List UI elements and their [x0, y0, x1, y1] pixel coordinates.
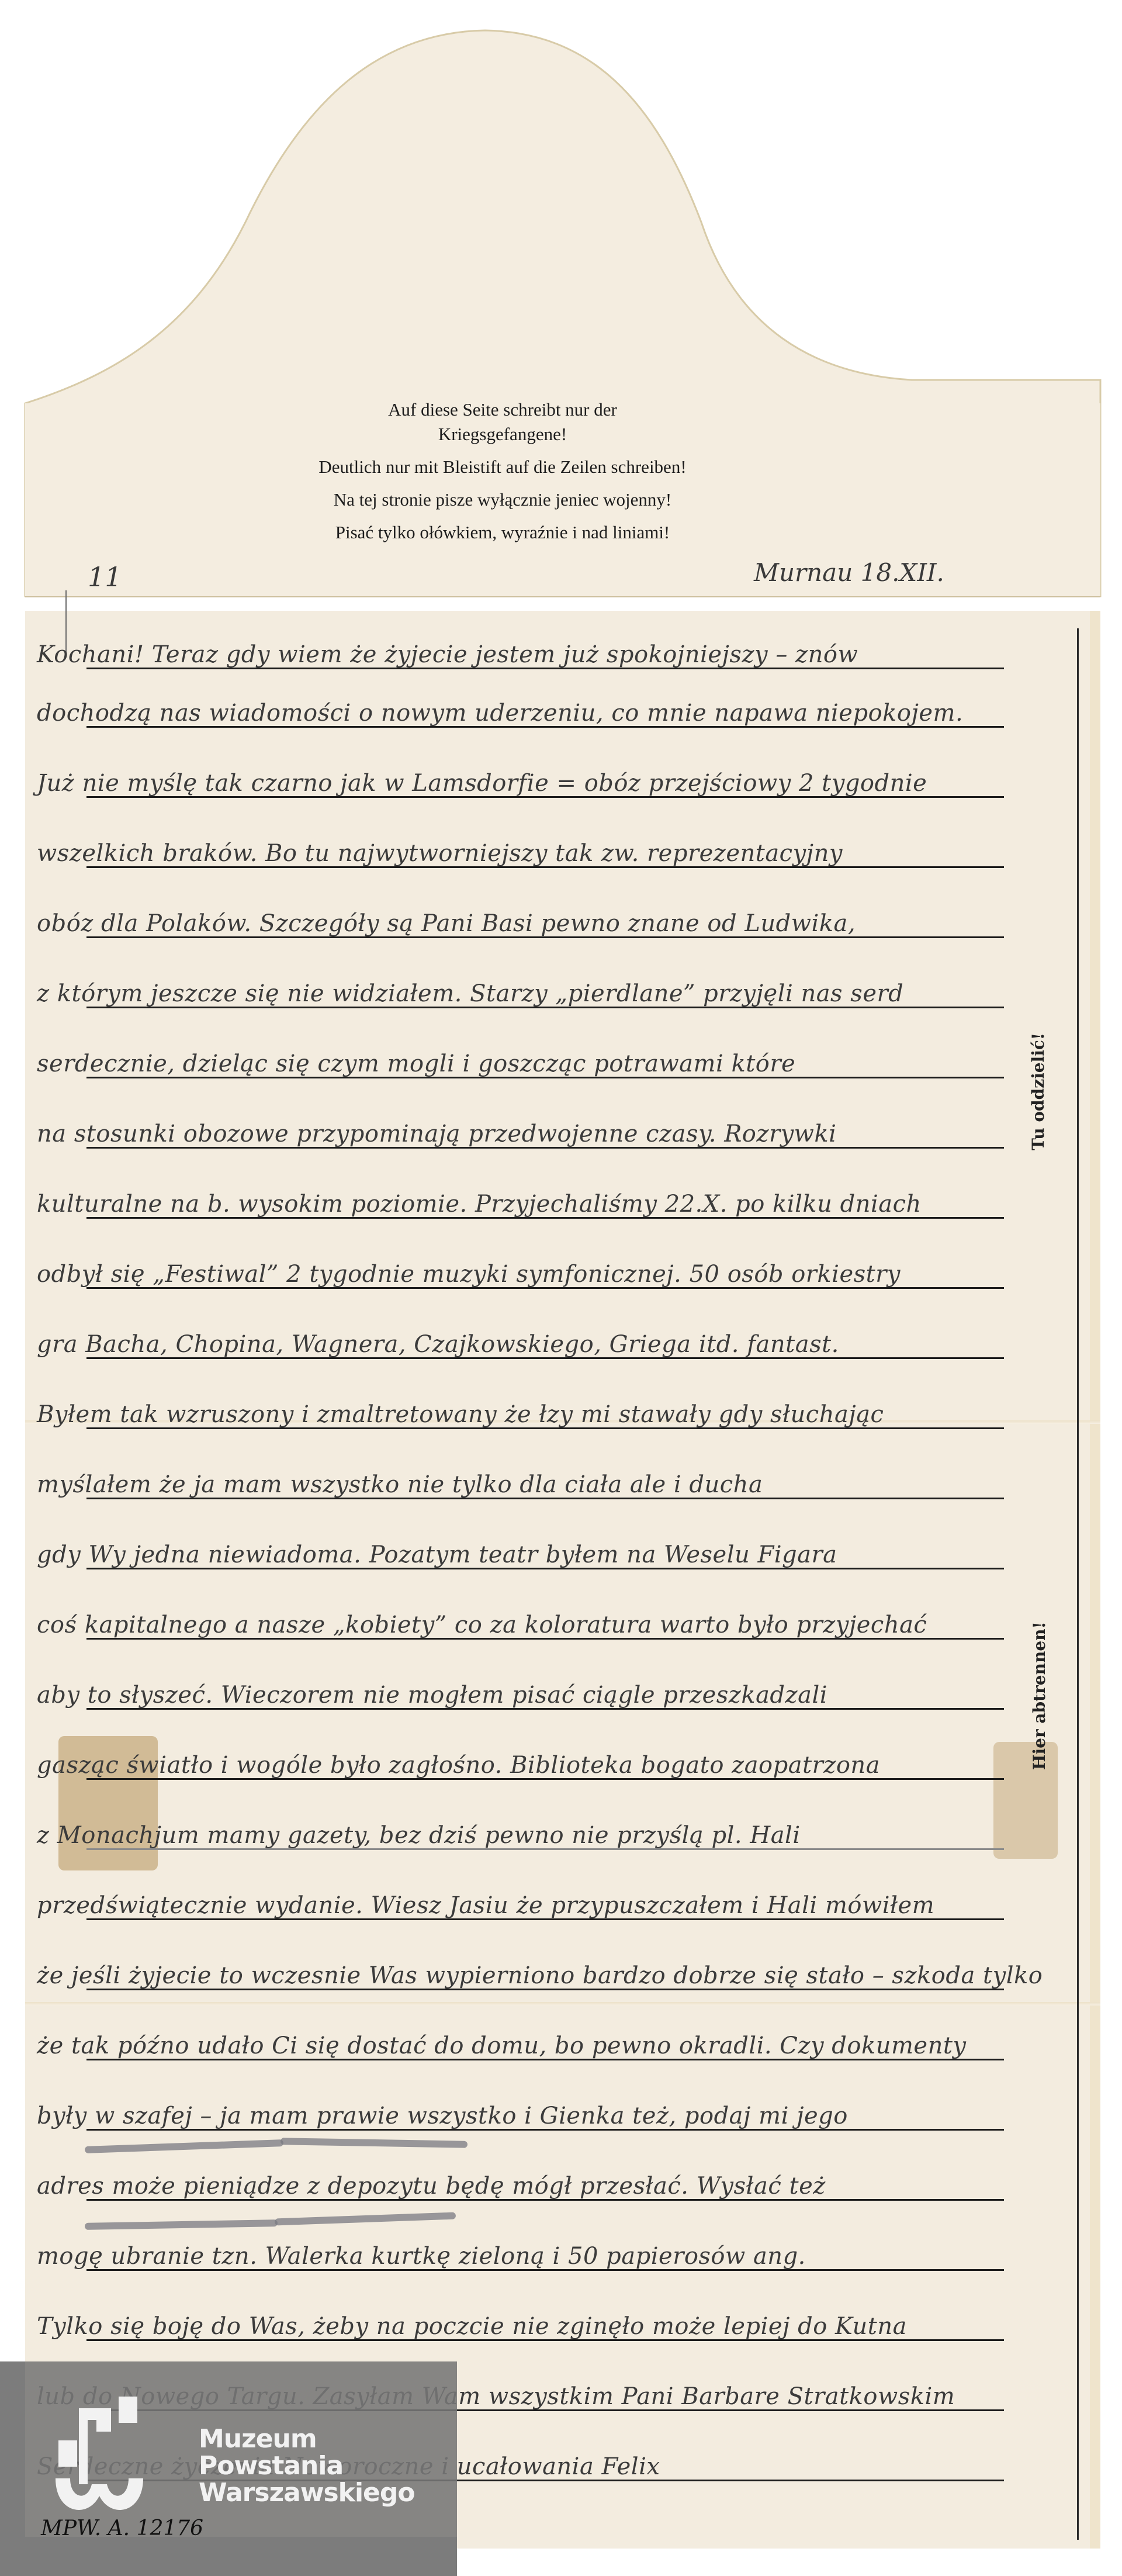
museum-logo-overlay: Muzeum Powstania Warszawskiego: [0, 2361, 457, 2576]
letter-line: aby to słyszeć. Wieczorem nie mogłem pis…: [37, 1651, 1083, 1721]
letter-line: były w szafej – ja mam prawie wszystko i…: [37, 2072, 1083, 2142]
tear-here-label-polish: Tu oddzielić!: [1028, 1033, 1048, 1150]
letter-line: obóz dla Polaków. Szczegóły są Pani Basi…: [37, 880, 1083, 950]
instruction-polish-1: Na tej stronie pisze wyłącznie jeniec wo…: [193, 487, 812, 512]
letter-line: Tylko się boję do Was, żeby na poczcie n…: [37, 2283, 1083, 2353]
letter-line: z Monachjum mamy gazety, bez dziś pewno …: [37, 1792, 1083, 1862]
letter-line: gra Bacha, Chopina, Wagnera, Czajkowskie…: [37, 1301, 1083, 1371]
letter-line: gasząc światło i wogóle było zagłośno. B…: [37, 1721, 1083, 1792]
kotwica-anchor-icon: [56, 2397, 149, 2519]
instruction-german-3: Deutlich nur mit Bleistift auf die Zeile…: [193, 455, 812, 479]
letter-line: dochodzą nas wiadomości o nowym uderzeni…: [37, 669, 1083, 739]
letter-line: Byłem tak wzruszony i zmaltretowany że ł…: [37, 1371, 1083, 1441]
printed-instructions: Auf diese Seite schreibt nur der Kriegsg…: [193, 397, 812, 545]
instruction-polish-2: Pisać tylko ołówkiem, wyraźnie i nad lin…: [193, 520, 812, 545]
page-number: 11: [88, 561, 122, 593]
letter-line: odbył się „Festiwal” 2 tygodnie muzyki s…: [37, 1230, 1083, 1301]
place-date: Murnau 18.XII.: [754, 558, 944, 587]
inventory-number: MPW. A. 12176: [41, 2516, 203, 2540]
instruction-german-2: Kriegsgefangene!: [193, 422, 812, 447]
instruction-german-1: Auf diese Seite schreibt nur der: [193, 397, 812, 422]
letter-line: Już nie myślę tak czarno jak w Lamsdorfi…: [37, 739, 1083, 810]
letter-line: myślałem że ja mam wszystko nie tylko dl…: [37, 1441, 1083, 1511]
letter-line: serdecznie, dzieląc się czym mogli i gos…: [37, 1020, 1083, 1090]
letter-line: coś kapitalnego a nasze „kobiety” co za …: [37, 1581, 1083, 1651]
museum-name: Muzeum Powstania Warszawskiego: [199, 2426, 415, 2506]
letter-line: gdy Wy jedna niewiadoma. Pozatym teatr b…: [37, 1511, 1083, 1581]
tear-here-label-german: Hier abtrennen!: [1030, 1621, 1049, 1770]
letter-line: przedświątecznie wydanie. Wiesz Jasiu że…: [37, 1862, 1083, 1932]
letter-line: kulturalne na b. wysokim poziomie. Przyj…: [37, 1160, 1083, 1230]
letter-line: wszelkich braków. Bo tu najwytworniejszy…: [37, 810, 1083, 880]
letter-line: z którym jeszcze się nie widziałem. Star…: [37, 950, 1083, 1020]
letter-line: że jeśli żyjecie to wczesnie Was wypiern…: [37, 1932, 1083, 2002]
letter-line: że tak późno udało Ci się dostać do domu…: [37, 2002, 1083, 2072]
letter-line: na stosunki obozowe przypominają przedwo…: [37, 1090, 1083, 1160]
letter-line: adres może pieniądze z depozytu będę móg…: [37, 2142, 1083, 2212]
